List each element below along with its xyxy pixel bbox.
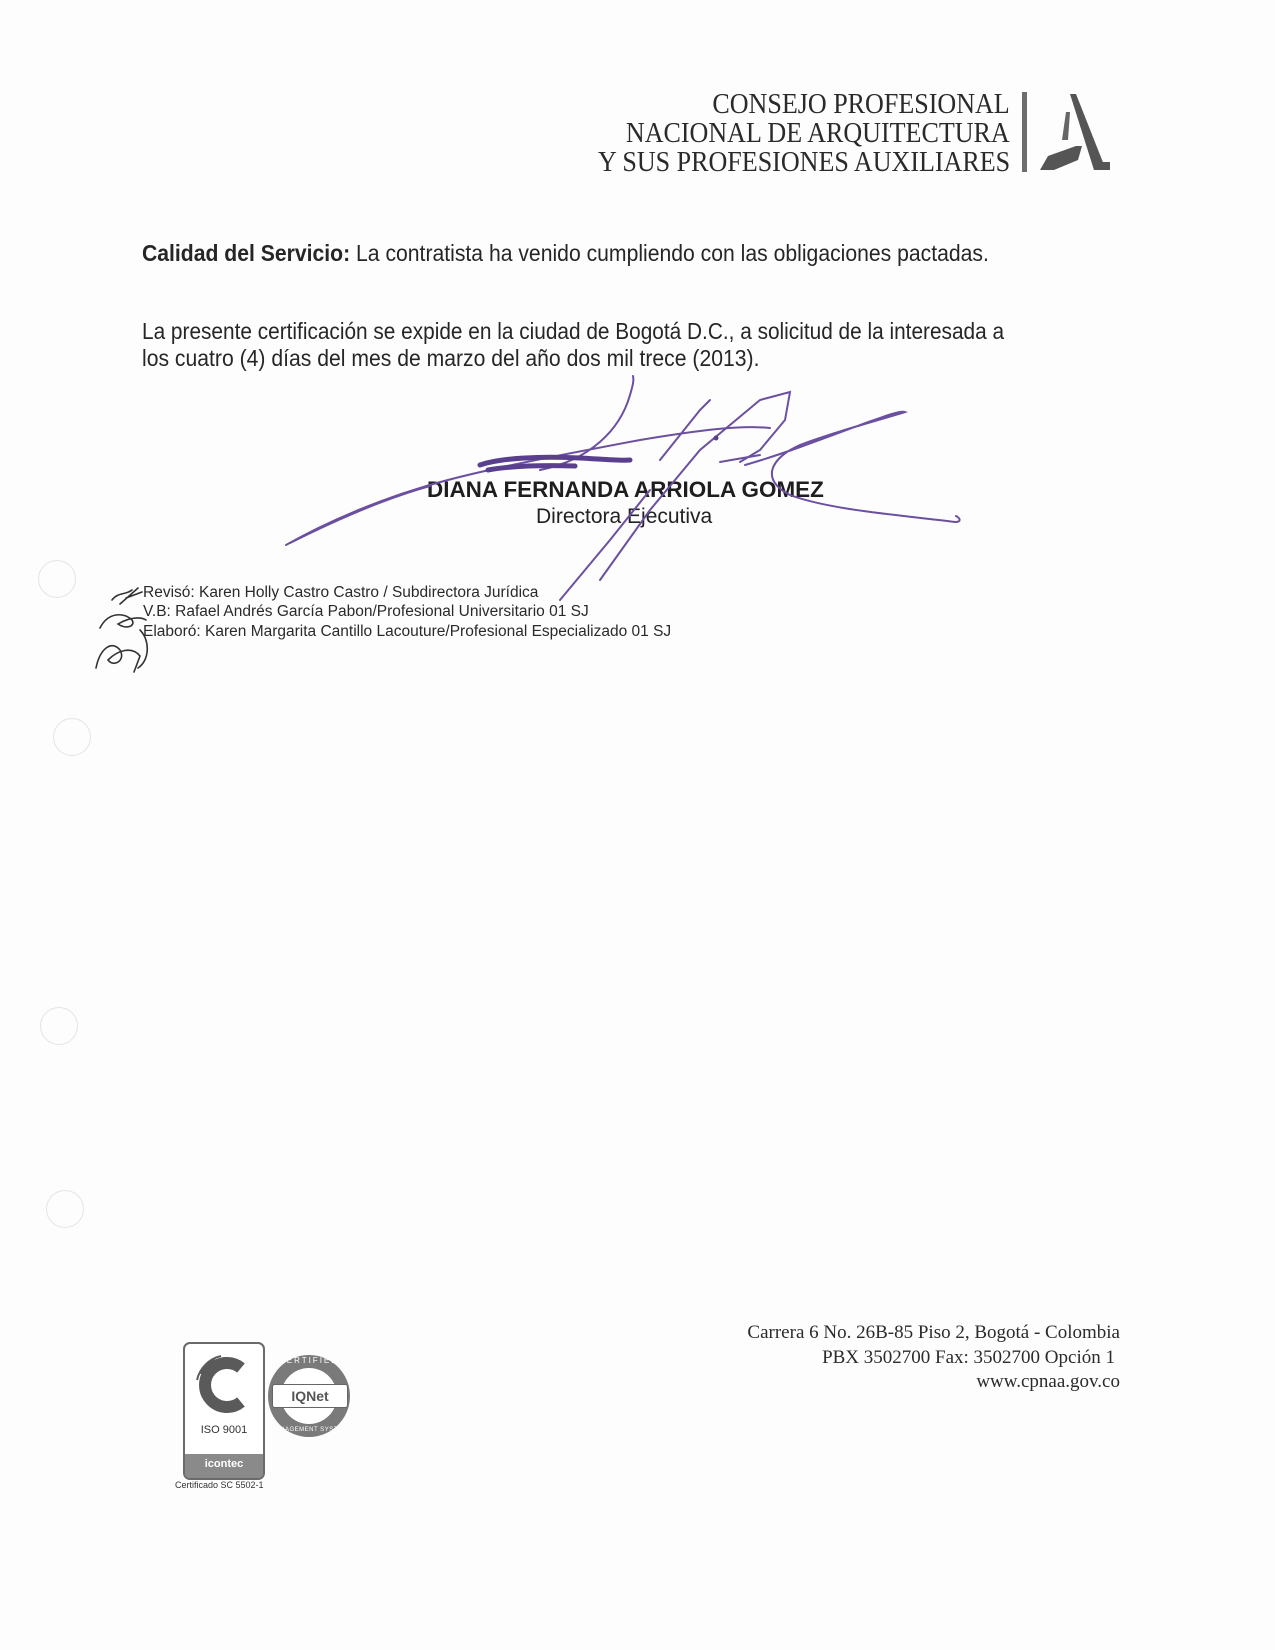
- phone-line: PBX 3502700 Fax: 3502700 Opción 1: [822, 1347, 1115, 1369]
- certificate-number: Certificado SC 5502-1: [175, 1480, 264, 1490]
- punch-hole: [46, 1190, 84, 1228]
- punch-hole: [53, 718, 91, 756]
- icontec-c-icon: [195, 1354, 253, 1416]
- document-page: CONSEJO PROFESIONAL NACIONAL DE ARQUITEC…: [0, 0, 1275, 1650]
- iso-9001-logo: ISO 9001 icontec: [183, 1342, 265, 1480]
- address-line: Carrera 6 No. 26B-85 Piso 2, Bogotá - Co…: [747, 1322, 1120, 1344]
- iqnet-logo: CERTIFIED IQNet MANAGEMENT SYSTEM: [268, 1355, 350, 1437]
- review-note: V.B: Rafael Andrés García Pabon/Profesio…: [143, 603, 589, 621]
- iso-label: ISO 9001: [185, 1424, 263, 1436]
- website-link[interactable]: www.cpnaa.gov.co: [976, 1371, 1120, 1393]
- iqnet-top-text: CERTIFIED: [268, 1356, 350, 1365]
- iqnet-bottom-text: MANAGEMENT SYSTEM: [268, 1427, 350, 1433]
- icontec-band: icontec: [185, 1454, 263, 1478]
- review-note: Elaboró: Karen Margarita Cantillo Lacout…: [143, 623, 671, 641]
- iqnet-label: IQNet: [272, 1384, 348, 1408]
- punch-hole: [40, 1007, 78, 1045]
- review-note: Revisó: Karen Holly Castro Castro / Subd…: [143, 584, 538, 602]
